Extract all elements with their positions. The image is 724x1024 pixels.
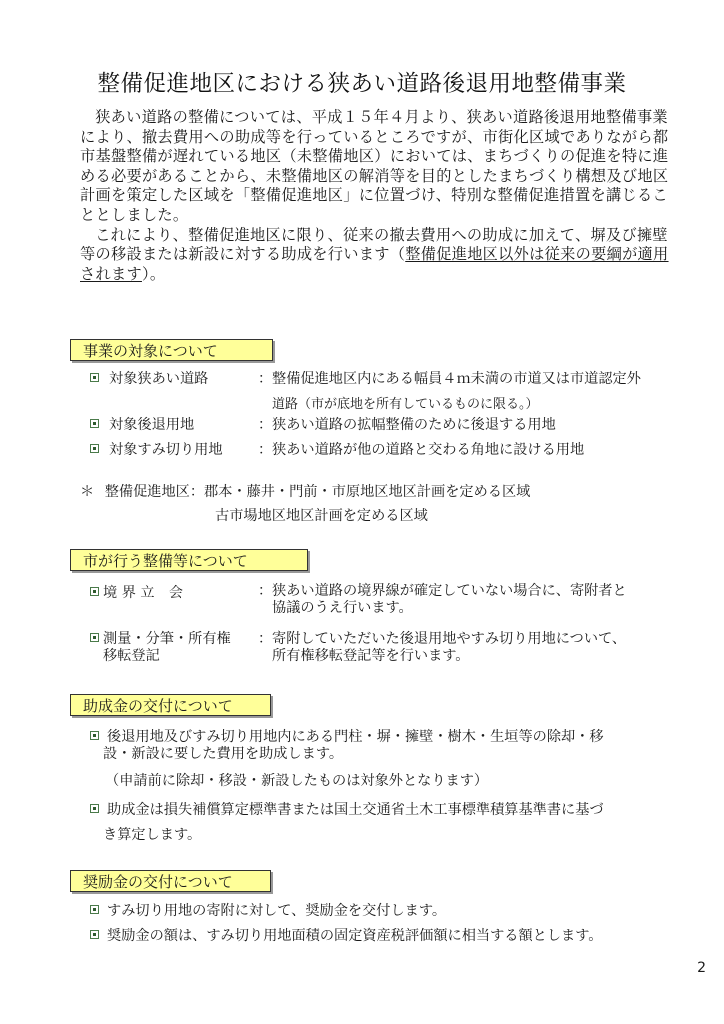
incentive-item-1: すみ切り用地の寄附に対して、奨励金を交付します。 bbox=[90, 901, 446, 921]
asterisk-icon: ＊ bbox=[80, 484, 94, 500]
target-item-setback-desc: 狭あい道路の拡幅整備のために後退する用地 bbox=[272, 415, 556, 435]
desc-line: 道路（市が底地を所有しているものに限る。） bbox=[272, 395, 641, 415]
note-line-2: 古市場地区地区計画を定める区域 bbox=[215, 506, 428, 526]
item-label-line-2: 移転登記 bbox=[90, 648, 231, 665]
subsidy-item-2: 助成金は損失補償算定標準書または国土交通省土木工事標準積算基準書に基づ き算定し… bbox=[90, 798, 604, 848]
intro-text: 狭あい道路の整備については、平成１５年４月より、狭あい道路後退用地整備事業により… bbox=[80, 108, 670, 284]
square-bullet-icon bbox=[90, 373, 99, 382]
section-header-target: 事業の対象について bbox=[70, 339, 273, 361]
page-title: 整備促進地区における狭あい道路後退用地整備事業 bbox=[0, 66, 724, 98]
colon: ： bbox=[258, 440, 272, 460]
colon: ： bbox=[258, 629, 272, 649]
item-text: 後退用地及びすみ切り用地内にある門柱・塀・擁壁・樹木・生垣等の除却・移 bbox=[107, 729, 604, 745]
item-label: 対象すみ切り用地 bbox=[109, 442, 223, 458]
district-note: ＊ 整備促進地区：郡本・藤井・門前・市原地区地区計画を定める区域 bbox=[80, 482, 530, 502]
section-header-incentive: 奨励金の交付について bbox=[70, 870, 271, 892]
colon: ： bbox=[258, 415, 272, 435]
intro-paragraph-1: 狭あい道路の整備については、平成１５年４月より、狭あい道路後退用地整備事業により… bbox=[80, 108, 670, 226]
desc-line: 狭あい道路の境界線が確定していない場合に、寄附者と bbox=[272, 583, 627, 600]
item-label: 対象後退用地 bbox=[109, 417, 194, 433]
item-text: 奨励金の額は、すみ切り用地面積の固定資産税評価額に相当する額とします。 bbox=[107, 928, 602, 944]
target-item-road: 対象狭あい道路 bbox=[90, 369, 208, 389]
square-bullet-icon bbox=[90, 419, 99, 428]
desc-line: 協議のうえ行います。 bbox=[272, 600, 627, 617]
desc-line: 所有権移転登記等を行います。 bbox=[272, 648, 626, 665]
target-item-corner-desc: 狭あい道路が他の道路と交わる角地に設ける用地 bbox=[272, 440, 584, 460]
intro-paragraph-2: これにより、整備促進地区に限り、従来の撤去費用への助成に加えて、塀及び擁壁等の移… bbox=[80, 226, 670, 285]
square-bullet-icon bbox=[90, 587, 99, 596]
desc-line: 寄附していただいた後退用地やすみ切り用地について、 bbox=[272, 631, 626, 648]
subsidy-note: （申請前に除却・移設・新設したものは対象外となります） bbox=[105, 771, 488, 791]
item-label: 境 界 立 会 bbox=[103, 585, 183, 601]
square-bullet-icon bbox=[90, 930, 99, 939]
item-text: すみ切り用地の寄附に対して、奨励金を交付します。 bbox=[107, 903, 446, 919]
item-text: 助成金は損失補償算定標準書または国土交通省土木工事標準積算基準書に基づ bbox=[107, 802, 604, 818]
subsidy-item-1: 後退用地及びすみ切り用地内にある門柱・塀・擁壁・樹木・生垣等の除却・移 設・新設… bbox=[90, 729, 604, 763]
item-text-line-2: き算定します。 bbox=[90, 823, 604, 848]
square-bullet-icon bbox=[90, 905, 99, 914]
target-item-road-desc: 整備促進地区内にある幅員４ｍ未満の市道又は市道認定外 道路（市が底地を所有してい… bbox=[272, 369, 641, 415]
city-item-boundary-desc: 狭あい道路の境界線が確定していない場合に、寄附者と 協議のうえ行います。 bbox=[272, 583, 627, 617]
square-bullet-icon bbox=[90, 731, 99, 740]
note-line-1: 郡本・藤井・門前・市原地区地区計画を定める区域 bbox=[204, 484, 530, 500]
target-item-setback: 対象後退用地 bbox=[90, 415, 194, 435]
colon: ： bbox=[258, 369, 272, 389]
square-bullet-icon bbox=[90, 633, 99, 642]
page-number: 2 bbox=[697, 960, 706, 976]
city-item-boundary: 境 界 立 会 bbox=[90, 583, 183, 603]
target-item-corner: 対象すみ切り用地 bbox=[90, 440, 223, 460]
colon: ： bbox=[258, 581, 272, 601]
city-item-survey: 測量・分筆・所有権 移転登記 bbox=[90, 631, 231, 665]
desc-line: 整備促進地区内にある幅員４ｍ未満の市道又は市道認定外 bbox=[272, 369, 641, 389]
city-item-survey-desc: 寄附していただいた後退用地やすみ切り用地について、 所有権移転登記等を行います。 bbox=[272, 631, 626, 665]
note-label: 整備促進地区： bbox=[105, 484, 204, 500]
item-text-line-2: 設・新設に要した費用を助成します。 bbox=[90, 746, 604, 763]
square-bullet-icon bbox=[90, 444, 99, 453]
incentive-item-2: 奨励金の額は、すみ切り用地面積の固定資産税評価額に相当する額とします。 bbox=[90, 926, 602, 946]
section-header-subsidy: 助成金の交付について bbox=[70, 694, 271, 716]
item-label: 測量・分筆・所有権 bbox=[103, 631, 231, 647]
square-bullet-icon bbox=[90, 804, 99, 813]
item-label: 対象狭あい道路 bbox=[109, 371, 208, 387]
section-header-city-work: 市が行う整備等について bbox=[70, 549, 308, 571]
intro-paragraph-2-end: ）。 bbox=[142, 265, 165, 283]
